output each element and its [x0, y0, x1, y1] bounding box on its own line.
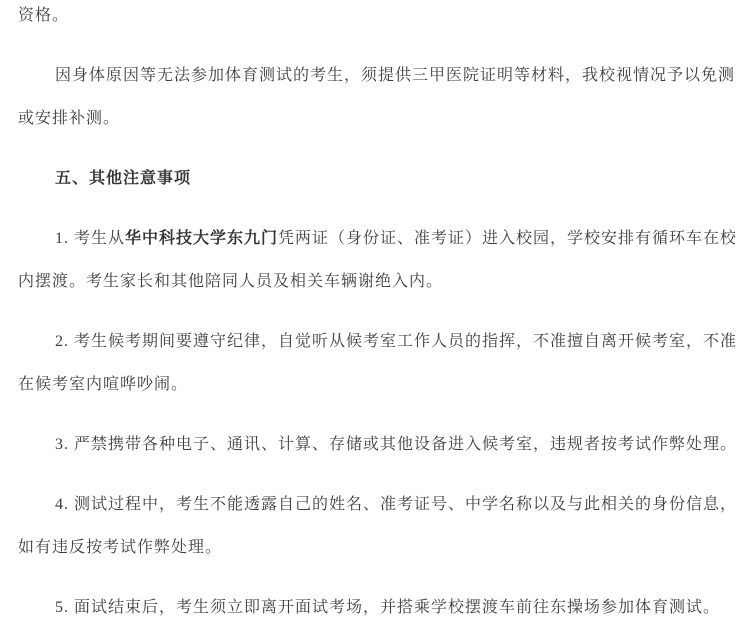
paragraph-medical-exemption: 因身体原因等无法参加体育测试的考生，须提供三甲医院证明等材料，我校视情况予以免测… — [18, 54, 735, 140]
text-line: 在候考室内喧哗吵闹。 — [18, 363, 735, 406]
text-line: 或安排补测。 — [18, 97, 735, 140]
text-line: 5. 面试结束后，考生须立即离开面试考场，并搭乘学校摆渡车前往东操场参加体育测试… — [18, 586, 735, 629]
text-run: 如有违反按考试作弊处理。 — [18, 539, 222, 556]
notice-item-5: 5. 面试结束后，考生须立即离开面试考场，并搭乘学校摆渡车前往东操场参加体育测试… — [18, 586, 735, 629]
document-page: 资格。因身体原因等无法参加体育测试的考生，须提供三甲医院证明等材料，我校视情况予… — [0, 0, 749, 629]
text-run: 凭两证（身份证、准考证）进入校园，学校安排有循环车在校 — [278, 230, 735, 247]
text-run: 或安排补测。 — [18, 110, 120, 127]
text-run: 因身体原因等无法参加体育测试的考生，须提供三甲医院证明等材料，我校视情况予以免测 — [55, 67, 735, 84]
text-run: 资格。 — [18, 7, 69, 24]
bold-text-run: 五、其他注意事项 — [55, 170, 191, 187]
text-line: 因身体原因等无法参加体育测试的考生，须提供三甲医院证明等材料，我校视情况予以免测 — [18, 54, 735, 97]
text-run: 1. 考生从 — [55, 230, 125, 247]
text-run: 在候考室内喧哗吵闹。 — [18, 376, 188, 393]
text-run: 5. 面试结束后，考生须立即离开面试考场，并搭乘学校摆渡车前往东操场参加体育测试… — [55, 599, 720, 616]
heading-section-five: 五、其他注意事项 — [18, 157, 735, 200]
text-line: 3. 严禁携带各种电子、通讯、计算、存储或其他设备进入候考室，违规者按考试作弊处… — [18, 423, 735, 466]
text-run: 4. 测试过程中，考生不能透露自己的姓名、准考证号、中学名称以及与此相关的身份信… — [55, 496, 735, 513]
text-run: 3. 严禁携带各种电子、通讯、计算、存储或其他设备进入候考室，违规者按考试作弊处… — [55, 436, 735, 453]
text-line: 内摆渡。考生家长和其他陪同人员及相关车辆谢绝入内。 — [18, 260, 735, 303]
text-run: 2. 考生候考期间要遵守纪律，自觉听从候考室工作人员的指挥，不准擅自离开候考室，… — [55, 333, 735, 350]
text-line: 4. 测试过程中，考生不能透露自己的姓名、准考证号、中学名称以及与此相关的身份信… — [18, 483, 735, 526]
text-line: 资格。 — [18, 0, 735, 37]
text-run: 内摆渡。考生家长和其他陪同人员及相关车辆谢绝入内。 — [18, 273, 443, 290]
text-line: 五、其他注意事项 — [18, 157, 735, 200]
notice-item-4: 4. 测试过程中，考生不能透露自己的姓名、准考证号、中学名称以及与此相关的身份信… — [18, 483, 735, 569]
paragraph-qualification-continuation: 资格。 — [18, 0, 735, 37]
bold-text-run: 华中科技大学东九门 — [125, 230, 278, 247]
notice-item-3: 3. 严禁携带各种电子、通讯、计算、存储或其他设备进入候考室，违规者按考试作弊处… — [18, 423, 735, 466]
notice-item-2: 2. 考生候考期间要遵守纪律，自觉听从候考室工作人员的指挥，不准擅自离开候考室，… — [18, 320, 735, 406]
notice-item-1: 1. 考生从华中科技大学东九门凭两证（身份证、准考证）进入校园，学校安排有循环车… — [18, 217, 735, 303]
text-line: 如有违反按考试作弊处理。 — [18, 526, 735, 569]
text-line: 1. 考生从华中科技大学东九门凭两证（身份证、准考证）进入校园，学校安排有循环车… — [18, 217, 735, 260]
text-line: 2. 考生候考期间要遵守纪律，自觉听从候考室工作人员的指挥，不准擅自离开候考室，… — [18, 320, 735, 363]
